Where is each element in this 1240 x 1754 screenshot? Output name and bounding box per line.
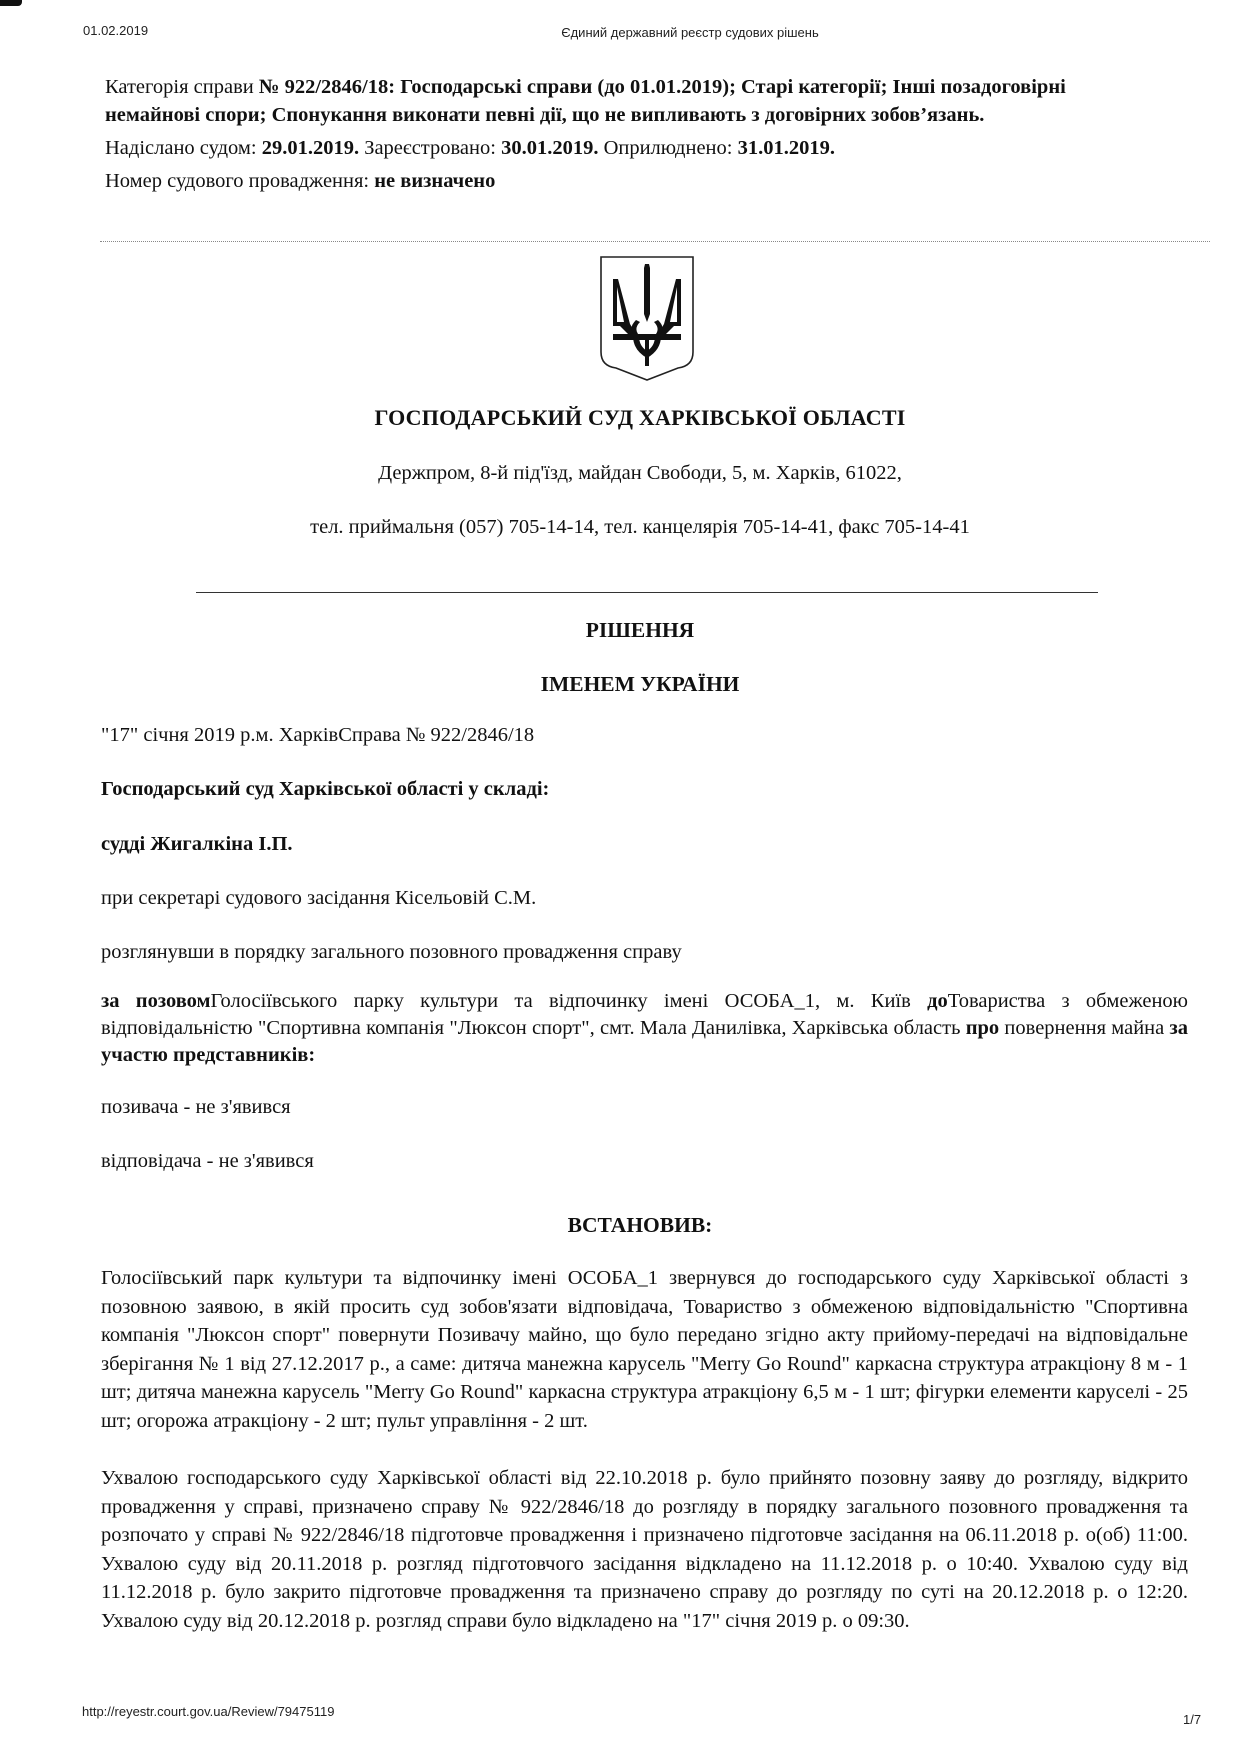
coat-of-arms-of-ukraine-icon bbox=[598, 254, 696, 382]
court-phones: тел. приймальня (057) 705-14-14, тел. ка… bbox=[0, 516, 1240, 539]
registered-date: 30.01.2019. bbox=[501, 137, 598, 159]
header-separator bbox=[100, 241, 1210, 242]
established-paragraph-1: Голосіївський парк культури та відпочинк… bbox=[101, 1264, 1188, 1436]
judge-name: судді Жигалкіна І.П. bbox=[101, 833, 293, 856]
about-label: про bbox=[966, 1017, 999, 1039]
court-composition: Господарський суд Харківської області у … bbox=[101, 778, 549, 801]
court-name: ГОСПОДАРСЬКИЙ СУД ХАРКІВСЬКОЇ ОБЛАСТІ bbox=[0, 405, 1240, 431]
registered-label: Зареєстровано: bbox=[359, 137, 501, 159]
established-paragraph-2: Ухвалою господарського суду Харківської … bbox=[101, 1464, 1188, 1636]
published-label: Оприлюднено: bbox=[598, 137, 737, 159]
decision-date-line: "17" січня 2019 р.м. ХарківСправа № 922/… bbox=[101, 724, 534, 747]
document-url: http://reyestr.court.gov.ua/Review/79475… bbox=[82, 1704, 334, 1719]
plaintiff-representative: позивача - не з'явився bbox=[101, 1096, 291, 1119]
considered-line: розглянувши в порядку загального позовно… bbox=[101, 941, 682, 964]
scan-corner-mark bbox=[0, 0, 22, 6]
proceeding-label: Номер судового провадження: bbox=[105, 170, 374, 192]
proceeding-number: Номер судового провадження: не визначено bbox=[105, 168, 1125, 195]
court-secretary: при секретарі судового засідання Кісельо… bbox=[101, 887, 536, 910]
claim-paragraph: за позовомГолосіївського парку культури … bbox=[101, 988, 1188, 1069]
page-number: 1/7 bbox=[1183, 1712, 1201, 1727]
to-label: до bbox=[927, 990, 948, 1012]
established-title: ВСТАНОВИВ: bbox=[0, 1213, 1240, 1238]
decision-title: РІШЕННЯ bbox=[0, 618, 1240, 643]
published-date: 31.01.2019. bbox=[738, 137, 835, 159]
court-separator bbox=[196, 592, 1098, 593]
by-claim-label: за позовом bbox=[101, 990, 210, 1012]
defendant-representative: відповідача - не з'явився bbox=[101, 1150, 314, 1173]
case-dates: Надіслано судом: 29.01.2019. Зареєстрова… bbox=[105, 135, 1125, 162]
sent-date: 29.01.2019. bbox=[262, 137, 359, 159]
proceeding-value: не визначено bbox=[374, 170, 495, 192]
sent-label: Надіслано судом: bbox=[105, 137, 262, 159]
court-address: Держпром, 8-й під'їзд, майдан Свободи, 5… bbox=[0, 462, 1240, 485]
decision-subtitle: ІМЕНЕМ УКРАЇНИ bbox=[0, 672, 1240, 697]
claim-subject: повернення майна bbox=[999, 1017, 1169, 1039]
plaintiff: Голосіївського парку культури та відпочи… bbox=[210, 990, 927, 1012]
case-category: Категорія справи № 922/2846/18: Господар… bbox=[105, 74, 1125, 129]
case-meta-block: Категорія справи № 922/2846/18: Господар… bbox=[105, 74, 1125, 195]
print-header-title: Єдиний державний реєстр судових рішень bbox=[0, 25, 1240, 40]
case-category-label: Категорія справи bbox=[105, 76, 259, 98]
